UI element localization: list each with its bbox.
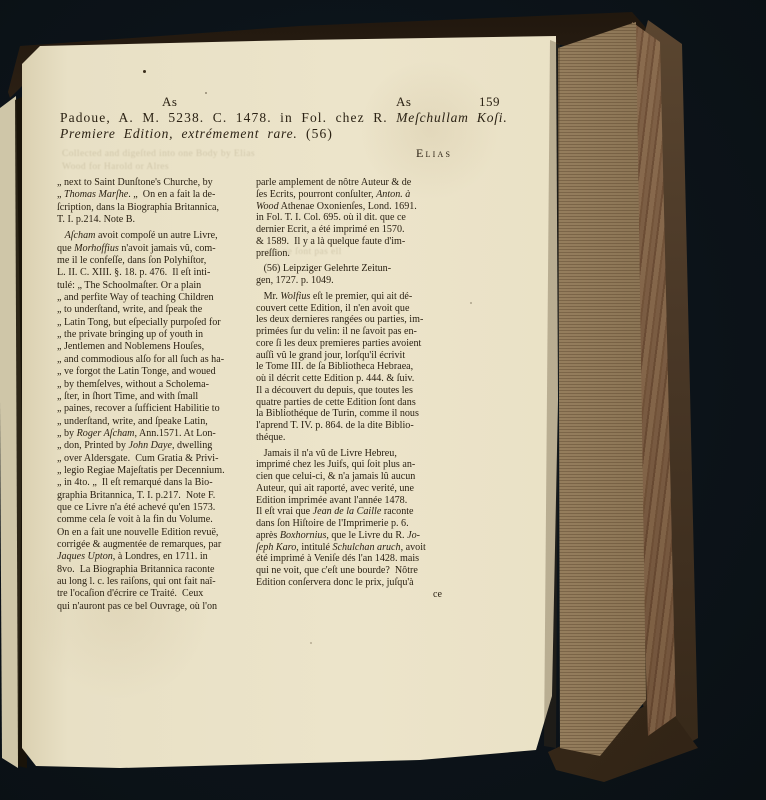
text-line: Mr. Wolfius eſt le premier, qui ait dé- bbox=[256, 291, 446, 303]
text-line: Edition imprimée avant l'année 1478. bbox=[256, 495, 446, 507]
headnote-footnote-ref: (56) bbox=[298, 126, 333, 141]
show-through-line: Collected and digeſted into one Body by … bbox=[62, 149, 255, 159]
text-line: dans ſon Hiſtoire de l'Imprimerie p. 6. bbox=[256, 518, 446, 530]
page-number: 159 bbox=[479, 94, 500, 110]
text-line: tulé: „ The Schoolmaſter. Or a plain bbox=[57, 280, 253, 292]
text-line: tre l'ocaſion d'écrire ce Traité. Ceux bbox=[57, 588, 253, 600]
text-line: preſſion. bbox=[256, 248, 446, 260]
text-line: dernier Ecrit, a été imprimé en 1570. bbox=[256, 224, 446, 236]
text-line: Il eſt vrai que Jean de la Caille racont… bbox=[256, 506, 446, 518]
book-scan-canvas: Collected and digeſted into one Body by … bbox=[0, 0, 766, 800]
text-line: „ Latin Tong, but eſpecially purpoſed fo… bbox=[57, 317, 253, 329]
text-line: Jamais il n'a vû de Livre Hebreu, bbox=[256, 448, 446, 460]
text-line: me il le confeſſe, dans ſon Polyhiſtor, bbox=[57, 255, 253, 267]
text-line: ſes Ecrits, pourront conſulter, Anton. à bbox=[256, 189, 446, 201]
text-line: Edition conſervera donc le prix, juſqu'à bbox=[256, 577, 446, 589]
headnote-edition-note: Premiere Edition, extrémement rare. bbox=[60, 126, 298, 141]
text-line: Aſcham avoit compoſé un autre Livre, bbox=[57, 230, 253, 242]
text-line: in Fol. T. I. Col. 695. où il dit. que c… bbox=[256, 212, 446, 224]
text-line: corrigée & augmentée de remarques, par bbox=[57, 539, 253, 551]
text-line: cien que celui-ci, & n'a jamais lû aucun bbox=[256, 471, 446, 483]
foxing-speck bbox=[143, 70, 146, 73]
text-line: ſeph Karo, intitulé Schulchan aruch, avo… bbox=[256, 542, 446, 554]
next-article-catchword: Elias bbox=[416, 146, 452, 161]
running-title-right: As bbox=[396, 94, 411, 110]
text-line: primées ſur du velin: il ne ſavoit pas e… bbox=[256, 326, 446, 338]
text-line: (56) Leipziger Gelehrte Zeitun- bbox=[256, 263, 446, 275]
left-column: „ next to Saint Dunſtone's Churche, by„ … bbox=[57, 177, 253, 613]
catchword: ce bbox=[256, 589, 446, 601]
text-line: Auteur, qui ait raporté, avec verité, un… bbox=[256, 483, 446, 495]
text-line: au long l. c. les raiſons, qui ont fait … bbox=[57, 576, 253, 588]
text-line: T. I. p.214. Note B. bbox=[57, 214, 253, 226]
foxing-speck bbox=[205, 92, 207, 94]
text-line: „ and perfite Way of teaching Children bbox=[57, 292, 253, 304]
right-column: parle amplement de nôtre Auteur & deſes … bbox=[256, 177, 446, 600]
text-line: la Bibliothéque de Turin, comme il nous bbox=[256, 408, 446, 420]
text-line: Il a découvert du depuis, que toutes les bbox=[256, 385, 446, 397]
text-line: imprimé chez les Juifs, qui ſoit plus an… bbox=[256, 459, 446, 471]
text-line: parle amplement de nôtre Auteur & de bbox=[256, 177, 446, 189]
headnote-line-1: Padoue, A. M. 5238. C. 1478. in Fol. che… bbox=[60, 110, 508, 126]
text-line: que Morhoffius n'avoit jamais vû, com- bbox=[57, 243, 253, 255]
left-column-lines: „ next to Saint Dunſtone's Churche, by„ … bbox=[57, 177, 253, 613]
text-line: Wood Athenae Oxonienſes, Lond. 1691. bbox=[256, 201, 446, 213]
text-line: „ Jentlemen and Noblemens Houſes, bbox=[57, 341, 253, 353]
text-line: quatre parties de cette Edition ſont dan… bbox=[256, 397, 446, 409]
show-through-line: Wood for Harold or Alres bbox=[62, 162, 169, 172]
text-line: auſſi vû le grand jour, lorſqu'il écrivi… bbox=[256, 350, 446, 362]
text-line: graphia Britannica, T. I. p.217. Note F. bbox=[57, 490, 253, 502]
text-line: Jaques Upton, à Londres, en 1711. in bbox=[57, 551, 253, 563]
text-line: „ don, Printed by John Daye, dwelling bbox=[57, 440, 253, 452]
text-line: On en a fait une nouvelle Edition revuë, bbox=[57, 527, 253, 539]
text-line: où il décrit cette Edition p. 444. & ſui… bbox=[256, 373, 446, 385]
text-line: „ ſter, in ſhort Time, and with ſmall bbox=[57, 391, 253, 403]
text-line: „ ve forgot the Latin Tonge, and woued bbox=[57, 366, 253, 378]
text-line: qui ne voit, que c'eſt une bourde? Nôtre bbox=[256, 565, 446, 577]
running-title-left: As bbox=[162, 94, 177, 110]
text-line: core ſi les deux premieres parties avoie… bbox=[256, 338, 446, 350]
text-line: ſcription, dans la Biographia Britannica… bbox=[57, 202, 253, 214]
text-line: les deux dernieres rangées ou parties, i… bbox=[256, 314, 446, 326]
text-line: „ Thomas Marſhe. „ On en a fait la de- bbox=[57, 189, 253, 201]
text-line: comme cela ſe voit à la fin du Volume. bbox=[57, 514, 253, 526]
text-line: L. II. C. XIII. §. 18. p. 476. Il eſt in… bbox=[57, 267, 253, 279]
headnote-line-2: Premiere Edition, extrémement rare. (56) bbox=[60, 126, 333, 142]
text-line: 8vo. La Biographia Britannica raconte bbox=[57, 564, 253, 576]
text-line: après Boxhornius, que le Livre du R. Jo- bbox=[256, 530, 446, 542]
text-line: „ and commodious alſo for all ſuch as ha… bbox=[57, 354, 253, 366]
text-line: que ce Livre n'a été achevé qu'en 1573. bbox=[57, 502, 253, 514]
text-line: „ paines, recover a ſufficient Habilitie… bbox=[57, 403, 253, 415]
right-column-lines: parle amplement de nôtre Auteur & deſes … bbox=[256, 177, 446, 589]
text-line: „ in 4to. „ Il eſt remarqué dans la Bio- bbox=[57, 477, 253, 489]
text-line: „ by Roger Aſcham, Ann.1571. At Lon- bbox=[57, 428, 253, 440]
foxing-speck bbox=[310, 642, 312, 644]
foxing-speck bbox=[470, 302, 472, 304]
text-line: gen, 1727. p. 1049. bbox=[256, 275, 446, 287]
text-line: „ over Aldersgate. Cum Gratia & Privi- bbox=[57, 453, 253, 465]
text-line: „ to underſtand, write, and ſpeak the bbox=[57, 304, 253, 316]
headnote-italic-title: Meſchullam Koſi. bbox=[396, 110, 507, 125]
text-line: „ next to Saint Dunſtone's Churche, by bbox=[57, 177, 253, 189]
text-line: le Tome III. de ſa Bibliotheca Hebraea, bbox=[256, 361, 446, 373]
text-line: „ the private bringing up of youth in bbox=[57, 329, 253, 341]
text-line: „ legio Regiae Majeſtatis per Decennium. bbox=[57, 465, 253, 477]
text-line: qui n'auront pas ce bel Ouvrage, où l'on bbox=[57, 601, 253, 613]
text-line: l'aprend T. IV. p. 864. de la dite Bibli… bbox=[256, 420, 446, 432]
headnote-roman: Padoue, A. M. 5238. C. 1478. in Fol. che… bbox=[60, 110, 396, 125]
text-line: couvert cette Edition, il n'en avoit que bbox=[256, 303, 446, 315]
text-line: „ underſtand, write, and ſpeake Latin, bbox=[57, 416, 253, 428]
text-line: „ by themſelves, without a Scholema- bbox=[57, 379, 253, 391]
text-line: théque. bbox=[256, 432, 446, 444]
text-line: & 1589. Il y a là quelque faute d'im- bbox=[256, 236, 446, 248]
text-line: été imprimé à Veniſe dés l'an 1428. mais bbox=[256, 553, 446, 565]
